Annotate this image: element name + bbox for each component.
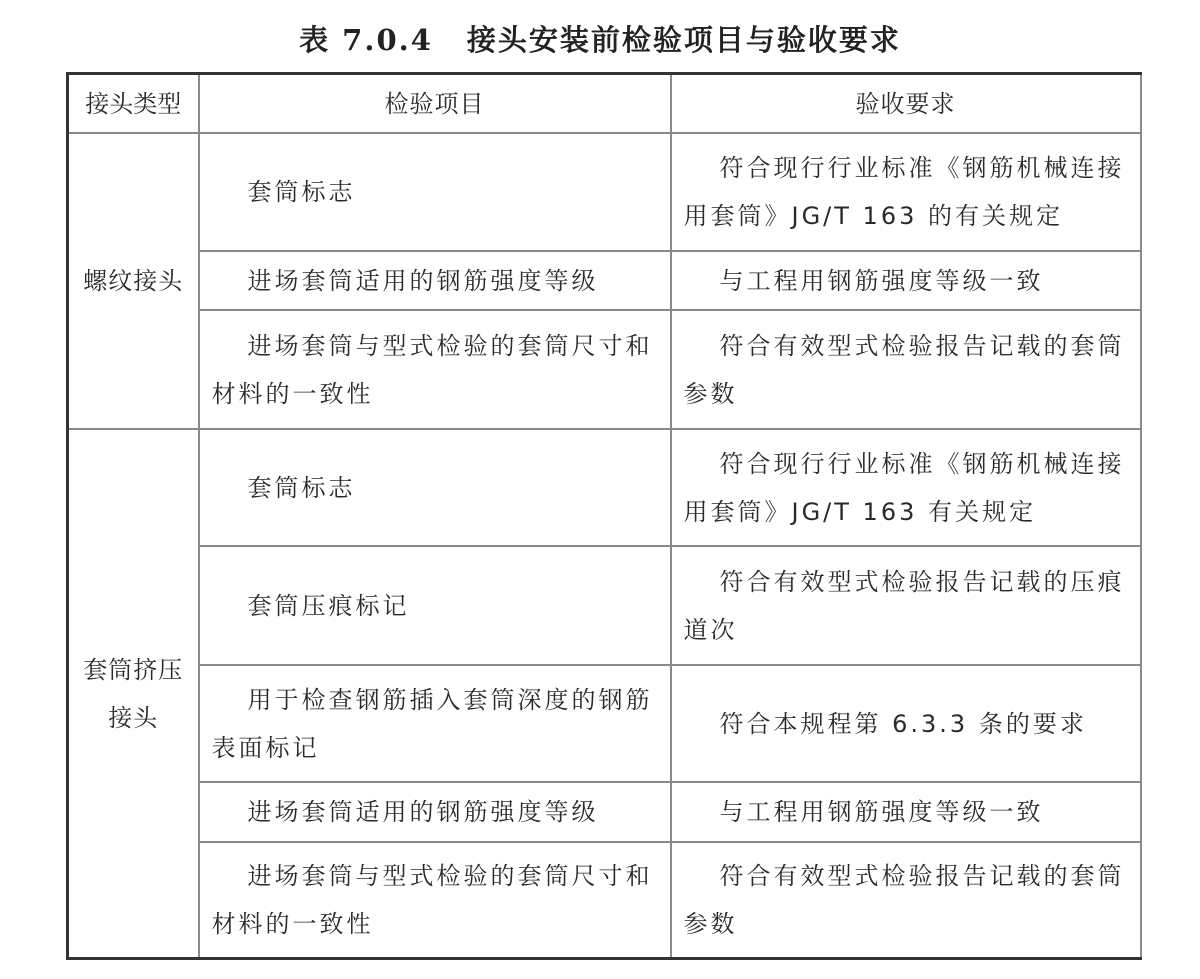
- table-row: 进场套筒与型式检验的套筒尺寸和材料的一致性 符合有效型式检验报告记载的套筒参数: [68, 310, 1141, 429]
- table-row: 套筒压痕标记 符合有效型式检验报告记载的压痕道次: [68, 546, 1141, 665]
- requirement-cell: 与工程用钢筋强度等级一致: [671, 251, 1141, 310]
- header-acceptance-requirement: 验收要求: [671, 74, 1141, 134]
- joint-type-cell: 套筒挤压接头: [68, 429, 199, 959]
- requirement-cell: 符合现行行业标准《钢筋机械连接用套筒》JG/T 163 的有关规定: [671, 133, 1141, 251]
- requirement-cell: 与工程用钢筋强度等级一致: [671, 782, 1141, 842]
- header-joint-type: 接头类型: [68, 74, 199, 134]
- header-row: 接头类型 检验项目 验收要求: [68, 74, 1141, 134]
- requirement-cell: 符合本规程第 6.3.3 条的要求: [671, 665, 1141, 782]
- inspection-item-cell: 进场套筒与型式检验的套筒尺寸和材料的一致性: [199, 842, 671, 959]
- table-row: 进场套筒适用的钢筋强度等级 与工程用钢筋强度等级一致: [68, 251, 1141, 310]
- requirement-cell: 符合有效型式检验报告记载的套筒参数: [671, 842, 1141, 959]
- table-row: 进场套筒与型式检验的套筒尺寸和材料的一致性 符合有效型式检验报告记载的套筒参数: [68, 842, 1141, 959]
- table-row: 用于检查钢筋插入套筒深度的钢筋表面标记 符合本规程第 6.3.3 条的要求: [68, 665, 1141, 782]
- inspection-item-cell: 套筒标志: [199, 429, 671, 546]
- table-caption: 表 7.0.4接头安装前检验项目与验收要求: [0, 18, 1200, 59]
- header-inspection-item: 检验项目: [199, 74, 671, 134]
- joint-type-cell: 螺纹接头: [68, 133, 199, 429]
- table-row: 套筒挤压接头 套筒标志 符合现行行业标准《钢筋机械连接用套筒》JG/T 163 …: [68, 429, 1141, 546]
- requirement-cell: 符合有效型式检验报告记载的压痕道次: [671, 546, 1141, 665]
- table-row: 螺纹接头 套筒标志 符合现行行业标准《钢筋机械连接用套筒》JG/T 163 的有…: [68, 133, 1141, 251]
- requirement-cell: 符合现行行业标准《钢筋机械连接用套筒》JG/T 163 有关规定: [671, 429, 1141, 546]
- table-row: 进场套筒适用的钢筋强度等级 与工程用钢筋强度等级一致: [68, 782, 1141, 842]
- requirement-cell: 符合有效型式检验报告记载的套筒参数: [671, 310, 1141, 429]
- inspection-item-cell: 进场套筒适用的钢筋强度等级: [199, 251, 671, 310]
- inspection-item-cell: 套筒标志: [199, 133, 671, 251]
- table-title: 接头安装前检验项目与验收要求: [467, 23, 901, 57]
- inspection-table: 接头类型 检验项目 验收要求 螺纹接头 套筒标志 符合现行行业标准《钢筋机械连接…: [66, 72, 1142, 960]
- inspection-item-cell: 用于检查钢筋插入套筒深度的钢筋表面标记: [199, 665, 671, 782]
- inspection-item-cell: 进场套筒适用的钢筋强度等级: [199, 782, 671, 842]
- table-number: 表 7.0.4: [299, 23, 433, 57]
- inspection-item-cell: 进场套筒与型式检验的套筒尺寸和材料的一致性: [199, 310, 671, 429]
- inspection-item-cell: 套筒压痕标记: [199, 546, 671, 665]
